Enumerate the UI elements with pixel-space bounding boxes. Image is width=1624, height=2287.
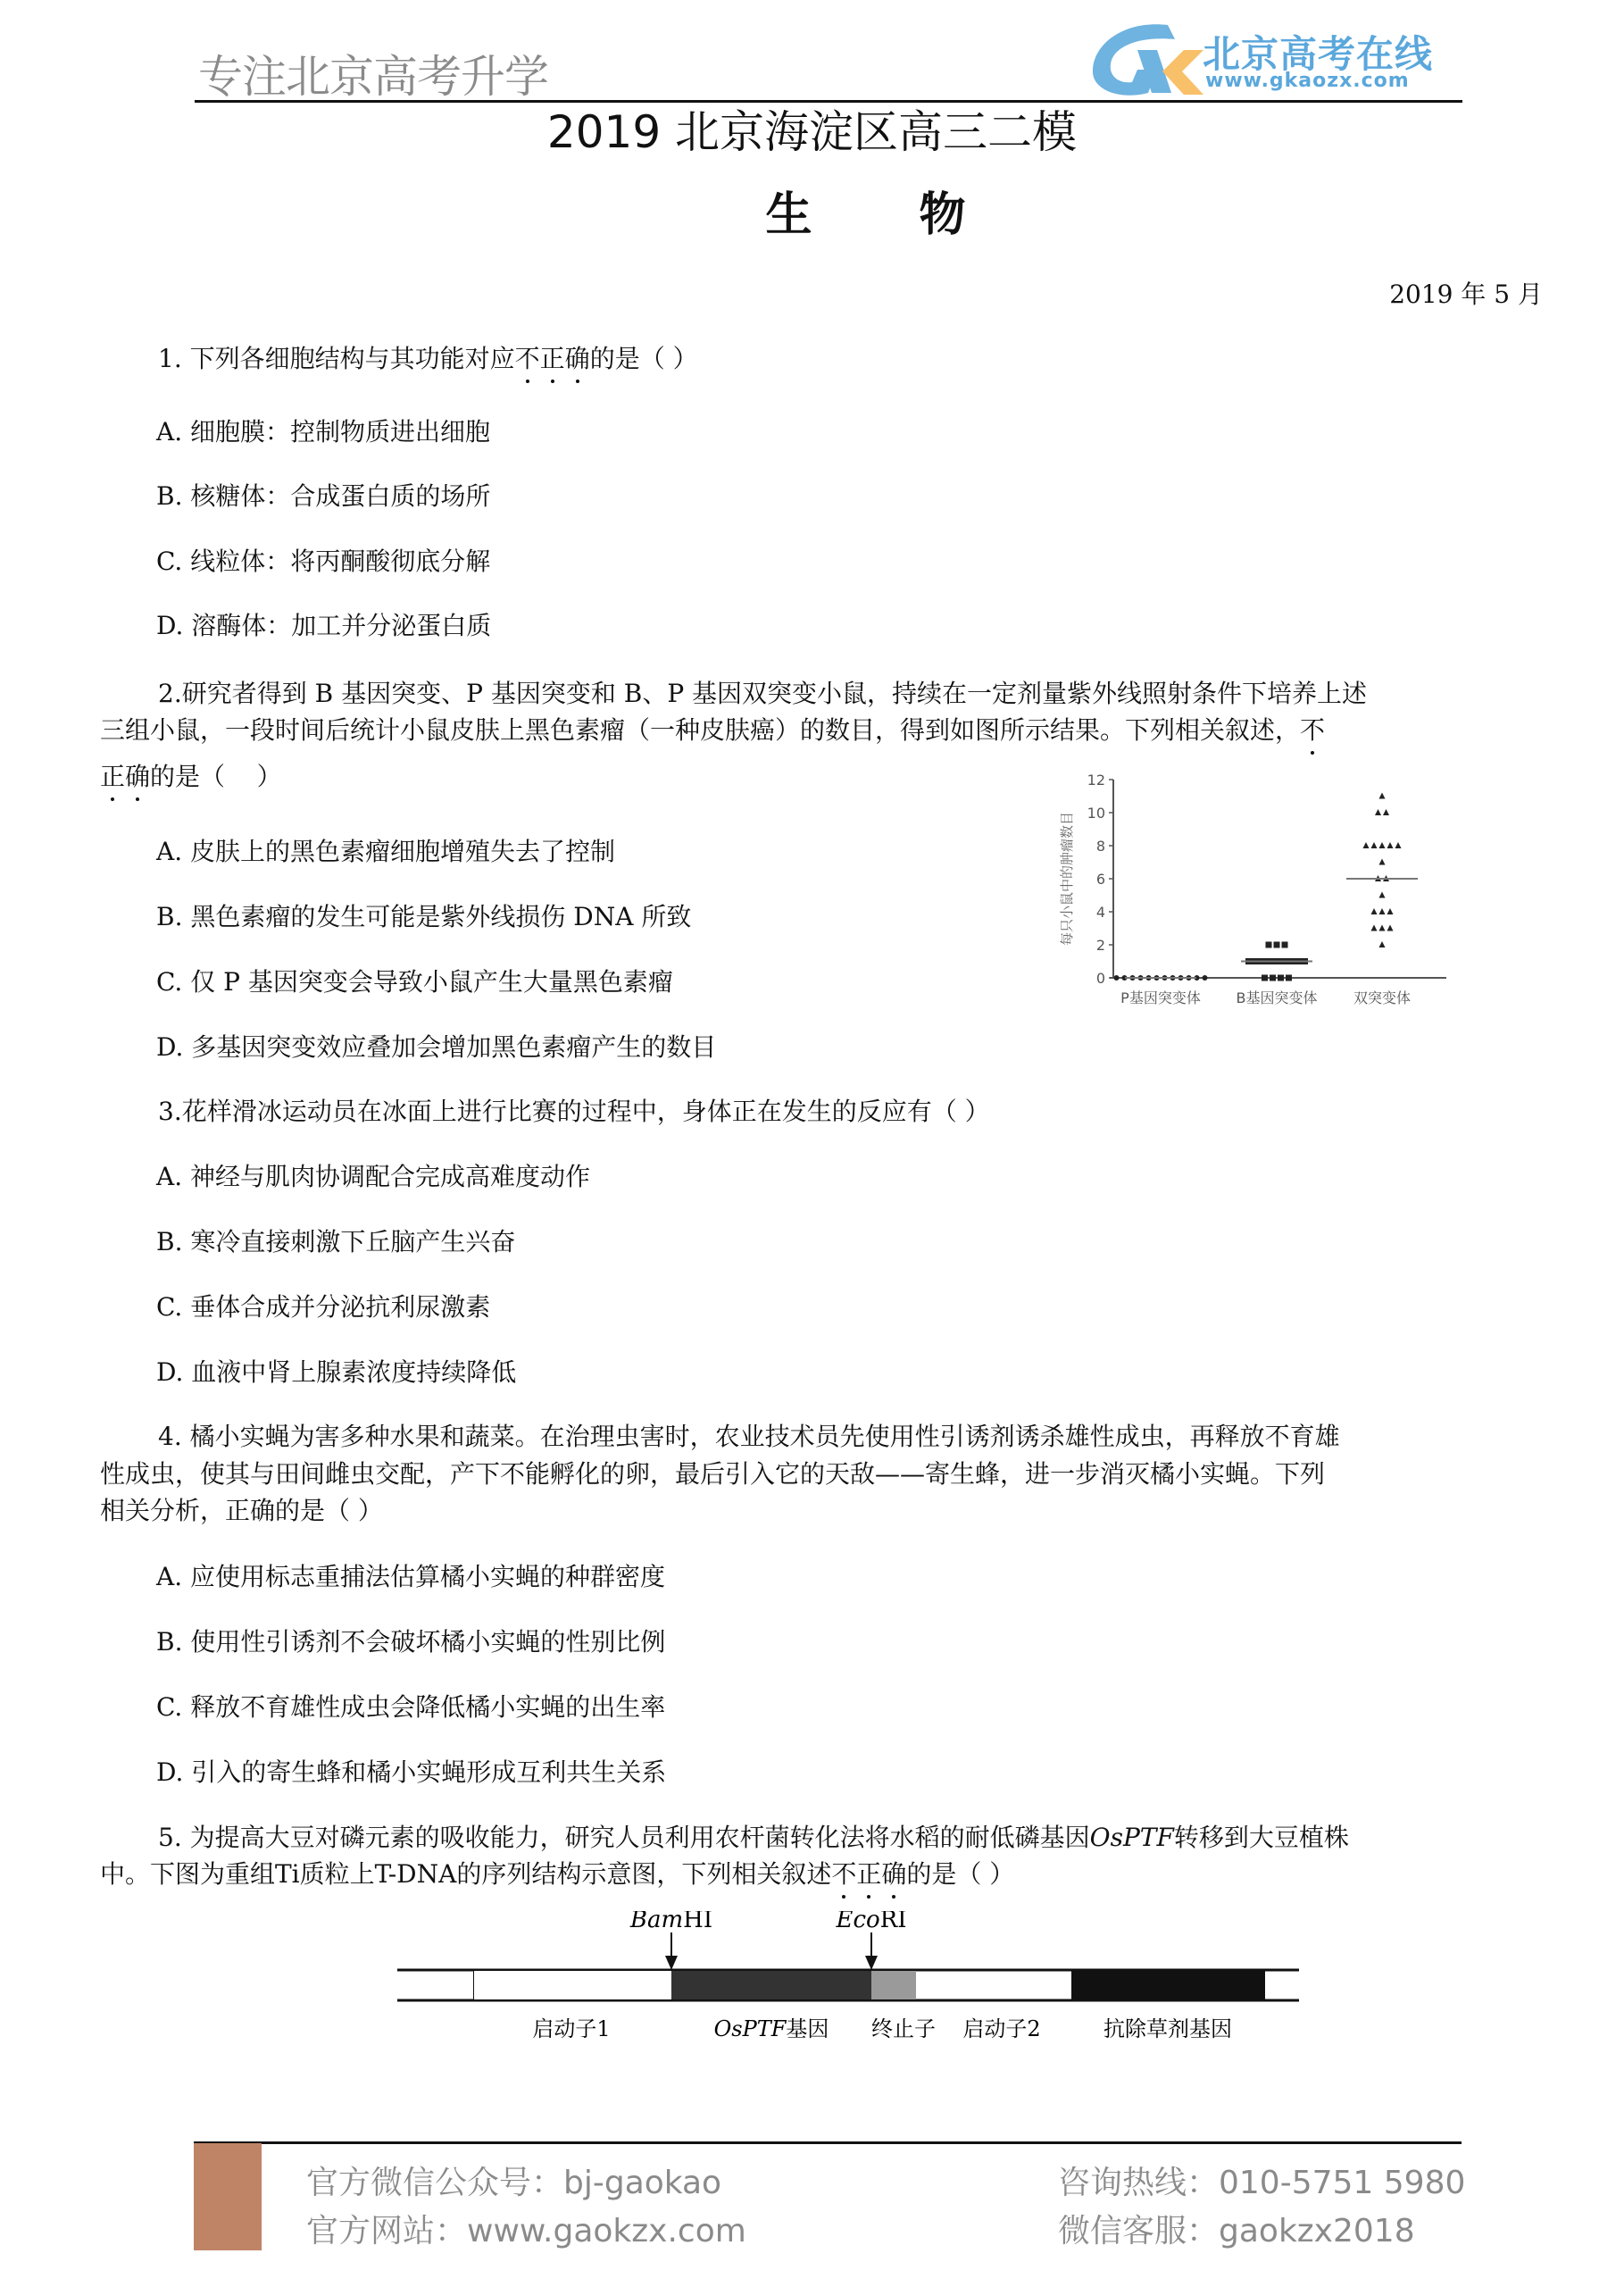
q2-option-d[interactable]: D. 多基因突变效应叠加会增加黑色素瘤产生的数目 [156, 1031, 716, 1064]
q4-option-d[interactable]: D. 引入的寄生蜂和橘小实蝇形成互利共生关系 [156, 1757, 666, 1789]
tumor-count-scatter-chart: 024681012每只小鼠中的肿瘤数目P基因突变体B基因突变体双突变体 [1054, 768, 1464, 1018]
q1-option-c[interactable]: C. 线粒体：将丙酮酸彻底分解 [156, 546, 490, 578]
question-4-stem-line3: 相关分析，正确的是（ ） [100, 1495, 383, 1527]
ecori-arrow-icon [865, 1956, 878, 1970]
svg-text:12: 12 [1087, 772, 1105, 789]
q1-option-a[interactable]: A. 细胞膜：控制物质进出细胞 [156, 416, 490, 448]
question-4-stem-line1: 4. 橘小实蝇为害多种水果和蔬菜。在治理虫害时，农业技术员先使用性引诱剂诱杀雄性… [158, 1421, 1340, 1453]
footer-wechat-public: 官方微信公众号：bj-gaokao [306, 2158, 721, 2203]
q3-option-c[interactable]: C. 垂体合成并分泌抗利尿激素 [156, 1291, 490, 1323]
q4-option-c[interactable]: C. 释放不育雄性成虫会降低橘小实蝇的出生率 [156, 1691, 665, 1724]
question-2-stem-line3: 正确的是（ ） [100, 761, 282, 793]
svg-text:启动子1: 启动子1 [532, 2016, 610, 2041]
t-dna-structure-diagram: BamHI EcoRI 启动子1 OsPTF基因 终止子 启动子2 抗除草剂基因 [393, 1911, 1303, 2072]
svg-text:4: 4 [1096, 904, 1105, 921]
svg-text:10: 10 [1087, 805, 1105, 822]
q2-option-c[interactable]: C. 仅 P 基因突变会导致小鼠产生大量黑色素瘤 [156, 966, 673, 998]
q1-option-b[interactable]: B. 核糖体：合成蛋白质的场所 [156, 480, 490, 513]
q3-option-d[interactable]: D. 血液中肾上腺素浓度持续降低 [156, 1356, 516, 1389]
emphasis-text: 不正确 [515, 344, 590, 373]
subject-title: 生物 [0, 177, 1624, 244]
q2-option-b[interactable]: B. 黑色素瘤的发生可能是紫外线损伤 DNA 所致 [156, 901, 691, 933]
exam-title: 2019 北京海淀区高三二模 [0, 96, 1624, 161]
svg-text:终止子: 终止子 [871, 2016, 936, 2041]
svg-text:P基因突变体: P基因突变体 [1120, 989, 1201, 1006]
svg-text:OsPTF基因: OsPTF基因 [714, 2016, 829, 2041]
q4-option-b[interactable]: B. 使用性引诱剂不会破坏橘小实蝇的性别比例 [156, 1626, 665, 1658]
logo-url: www.gkaozx.com [1205, 70, 1410, 92]
q4-option-a[interactable]: A. 应使用标志重捕法估算橘小实蝇的种群密度 [156, 1561, 665, 1593]
footer-accent-block [194, 2143, 262, 2250]
svg-text:B基因突变体: B基因突变体 [1237, 989, 1318, 1006]
svg-text:抗除草剂基因: 抗除草剂基因 [1103, 2016, 1232, 2041]
footer-divider [194, 2141, 1462, 2144]
question-5-stem-line2: 中。下图为重组Ti质粒上T-DNA的序列结构示意图，下列相关叙述不正确的是（ ） [100, 1858, 1014, 1891]
q3-option-b[interactable]: B. 寒冷直接刺激下丘脑产生兴奋 [156, 1226, 515, 1258]
question-2-stem-line1: 2.研究者得到 B 基因突变、P 基因突变和 B、P 基因双突变小鼠，持续在一定… [158, 678, 1367, 710]
segment-terminator [871, 1971, 916, 1999]
question-1-stem: 1. 下列各细胞结构与其功能对应不正确的是（ ） [158, 343, 698, 375]
question-4-stem-line2: 性成虫，使其与田间雌虫交配，产下不能孵化的卵，最后引入它的天敌——寄生蜂，进一步… [100, 1458, 1325, 1490]
bamhi-arrow-icon [665, 1956, 678, 1970]
question-3-stem: 3.花样滑冰运动员在冰面上进行比赛的过程中，身体正在发生的反应有（ ） [158, 1096, 990, 1128]
ecori-label: EcoRI [835, 1911, 906, 1933]
exam-date: 2019 年 5 月 [1389, 275, 1543, 311]
q3-option-a[interactable]: A. 神经与肌肉协调配合完成高难度动作 [156, 1161, 590, 1193]
segment-osptf-gene [671, 1971, 871, 1999]
gene-name: OsPTF [1090, 1823, 1174, 1852]
svg-text:0: 0 [1096, 970, 1105, 987]
svg-text:每只小鼠中的肿瘤数目: 每只小鼠中的肿瘤数目 [1059, 812, 1075, 946]
segment-herbicide-resistance [1071, 1971, 1265, 1999]
svg-text:2: 2 [1096, 937, 1105, 954]
question-2-stem-line2: 三组小鼠，一段时间后统计小鼠皮肤上黑色素瘤（一种皮肤癌）的数目，得到如图所示结果… [100, 714, 1325, 747]
footer-wechat-service: 微信客服：gaokzx2018 [1058, 2206, 1415, 2251]
svg-text:启动子2: 启动子2 [962, 2016, 1040, 2041]
question-5-stem-line1: 5. 为提高大豆对磷元素的吸收能力，研究人员利用农杆菌转化法将水稻的耐低磷基因O… [158, 1822, 1349, 1854]
q1-option-d[interactable]: D. 溶酶体：加工并分泌蛋白质 [156, 610, 491, 642]
svg-text:8: 8 [1096, 838, 1105, 855]
footer-hotline: 咨询热线：010-5751 5980 [1058, 2158, 1465, 2203]
footer-website[interactable]: 官方网站：www.gaokzx.com [306, 2206, 746, 2251]
q2-option-a[interactable]: A. 皮肤上的黑色素瘤细胞增殖失去了控制 [156, 836, 615, 868]
svg-text:双突变体: 双突变体 [1353, 989, 1411, 1006]
segment-promoter-1 [474, 1971, 671, 1999]
bamhi-label: BamHI [629, 1911, 712, 1933]
svg-text:6: 6 [1096, 871, 1105, 888]
question-number: 1. [158, 344, 182, 373]
